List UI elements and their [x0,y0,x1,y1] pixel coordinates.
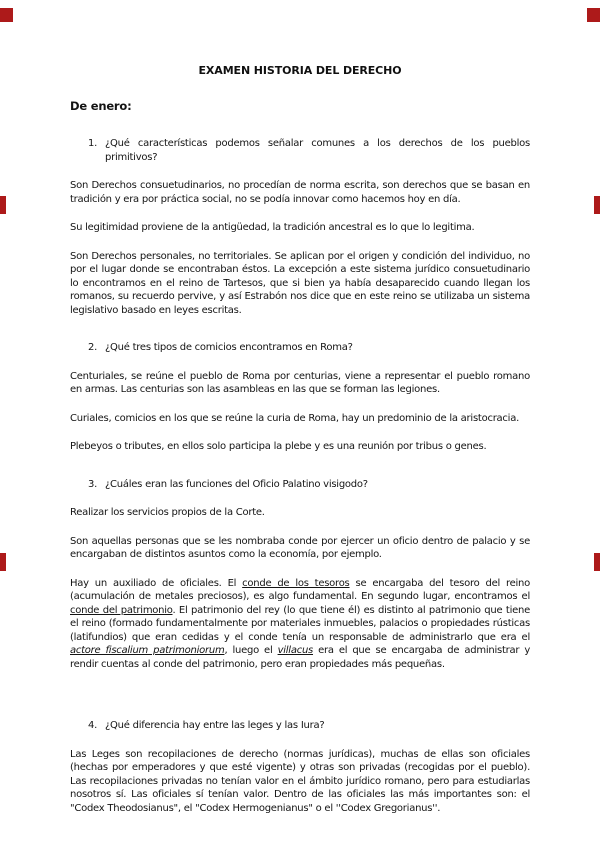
answer-paragraph: Su legitimidad proviene de la antigüedad… [70,221,530,235]
edge-mark-lower-left [0,553,6,571]
latin-term: actore fiscalium patrimoniorum [70,645,224,656]
answer-paragraph: Las Leges son recopilaciones de derecho … [70,748,530,816]
edge-mark-mid-right [594,196,600,214]
underlined-term: conde del patrimonio [70,605,172,616]
edge-mark-top-left [0,8,13,22]
document-page: EXAMEN HISTORIA DEL DERECHO De enero: 1.… [0,0,600,848]
edge-mark-lower-right [594,553,600,571]
answer-paragraph: Son Derechos personales, no territoriale… [70,250,530,318]
document-body: EXAMEN HISTORIA DEL DERECHO De enero: 1.… [0,0,600,815]
underlined-term: conde de los tesoros [242,578,349,589]
question-item-3: 3. ¿Cuáles eran las funciones del Oficio… [70,478,530,492]
edge-mark-mid-left [0,196,6,214]
answer-paragraph: Son aquellas personas que se les nombrab… [70,535,530,562]
answer-paragraph-rich: Hay un auxiliado de oficiales. El conde … [70,577,530,672]
text-run: Hay un auxiliado de oficiales. El [70,578,242,589]
question-text: ¿Qué tres tipos de comicios encontramos … [105,341,530,355]
section-heading: De enero: [70,99,530,113]
question-item-1: 1. ¿Qué características podemos señalar … [70,137,530,164]
question-text: ¿Qué diferencia hay entre las leges y la… [105,719,530,733]
question-item-2: 2. ¿Qué tres tipos de comicios encontram… [70,341,530,355]
text-run: , luego el [224,645,277,656]
page-title: EXAMEN HISTORIA DEL DERECHO [70,64,530,77]
latin-term: villacus [278,645,313,656]
question-text: ¿Qué características podemos señalar com… [105,137,530,164]
question-number: 2. [88,341,105,355]
question-number: 1. [88,137,105,164]
question-item-4: 4. ¿Qué diferencia hay entre las leges y… [70,719,530,733]
question-number: 3. [88,478,105,492]
answer-paragraph: Realizar los servicios propios de la Cor… [70,506,530,520]
answer-paragraph: Curiales, comicios en los que se reúne l… [70,412,530,426]
answer-paragraph: Centuriales, se reúne el pueblo de Roma … [70,370,530,397]
edge-mark-top-right [587,8,600,22]
answer-paragraph: Son Derechos consuetudinarios, no proced… [70,179,530,206]
question-text: ¿Cuáles eran las funciones del Oficio Pa… [105,478,530,492]
question-number: 4. [88,719,105,733]
answer-paragraph: Plebeyos o tributes, en ellos solo parti… [70,440,530,454]
